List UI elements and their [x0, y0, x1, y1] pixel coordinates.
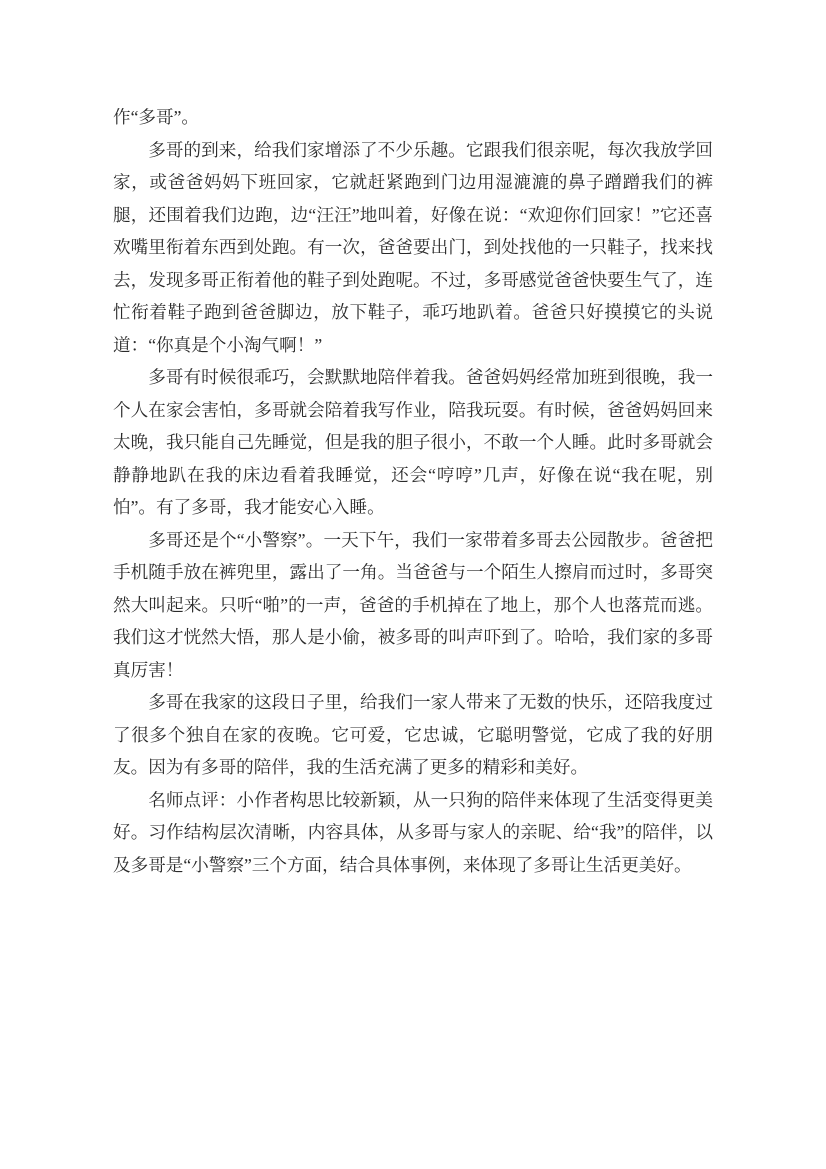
essay-paragraph-little-police: 多哥还是个“小警察”。一天下午，我们一家带着多哥去公园散步。爸爸把手机随手放在裤… — [113, 524, 713, 687]
essay-continuation-line: 作“多哥”。 — [113, 101, 713, 134]
essay-body: 作“多哥”。 多哥的到来，给我们家增添了不少乐趣。它跟我们很亲呢，每次我放学回家… — [113, 101, 713, 881]
essay-paragraph-companionship: 多哥有时候很乖巧，会默默地陪伴着我。爸爸妈妈经常加班到很晚，我一个人在家会害怕，… — [113, 361, 713, 524]
essay-paragraph-family-fun: 多哥的到来，给我们家增添了不少乐趣。它跟我们很亲呢，每次我放学回家，或爸爸妈妈下… — [113, 134, 713, 362]
teacher-comment-paragraph: 名师点评：小作者构思比较新颖，从一只狗的陪伴来体现了生活变得更美好。习作结构层次… — [113, 784, 713, 882]
document-page: 作“多哥”。 多哥的到来，给我们家增添了不少乐趣。它跟我们很亲呢，每次我放学回家… — [0, 0, 826, 1169]
essay-paragraph-conclusion: 多哥在我家的这段日子里，给我们一家人带来了无数的快乐，还陪我度过了很多个独自在家… — [113, 686, 713, 784]
